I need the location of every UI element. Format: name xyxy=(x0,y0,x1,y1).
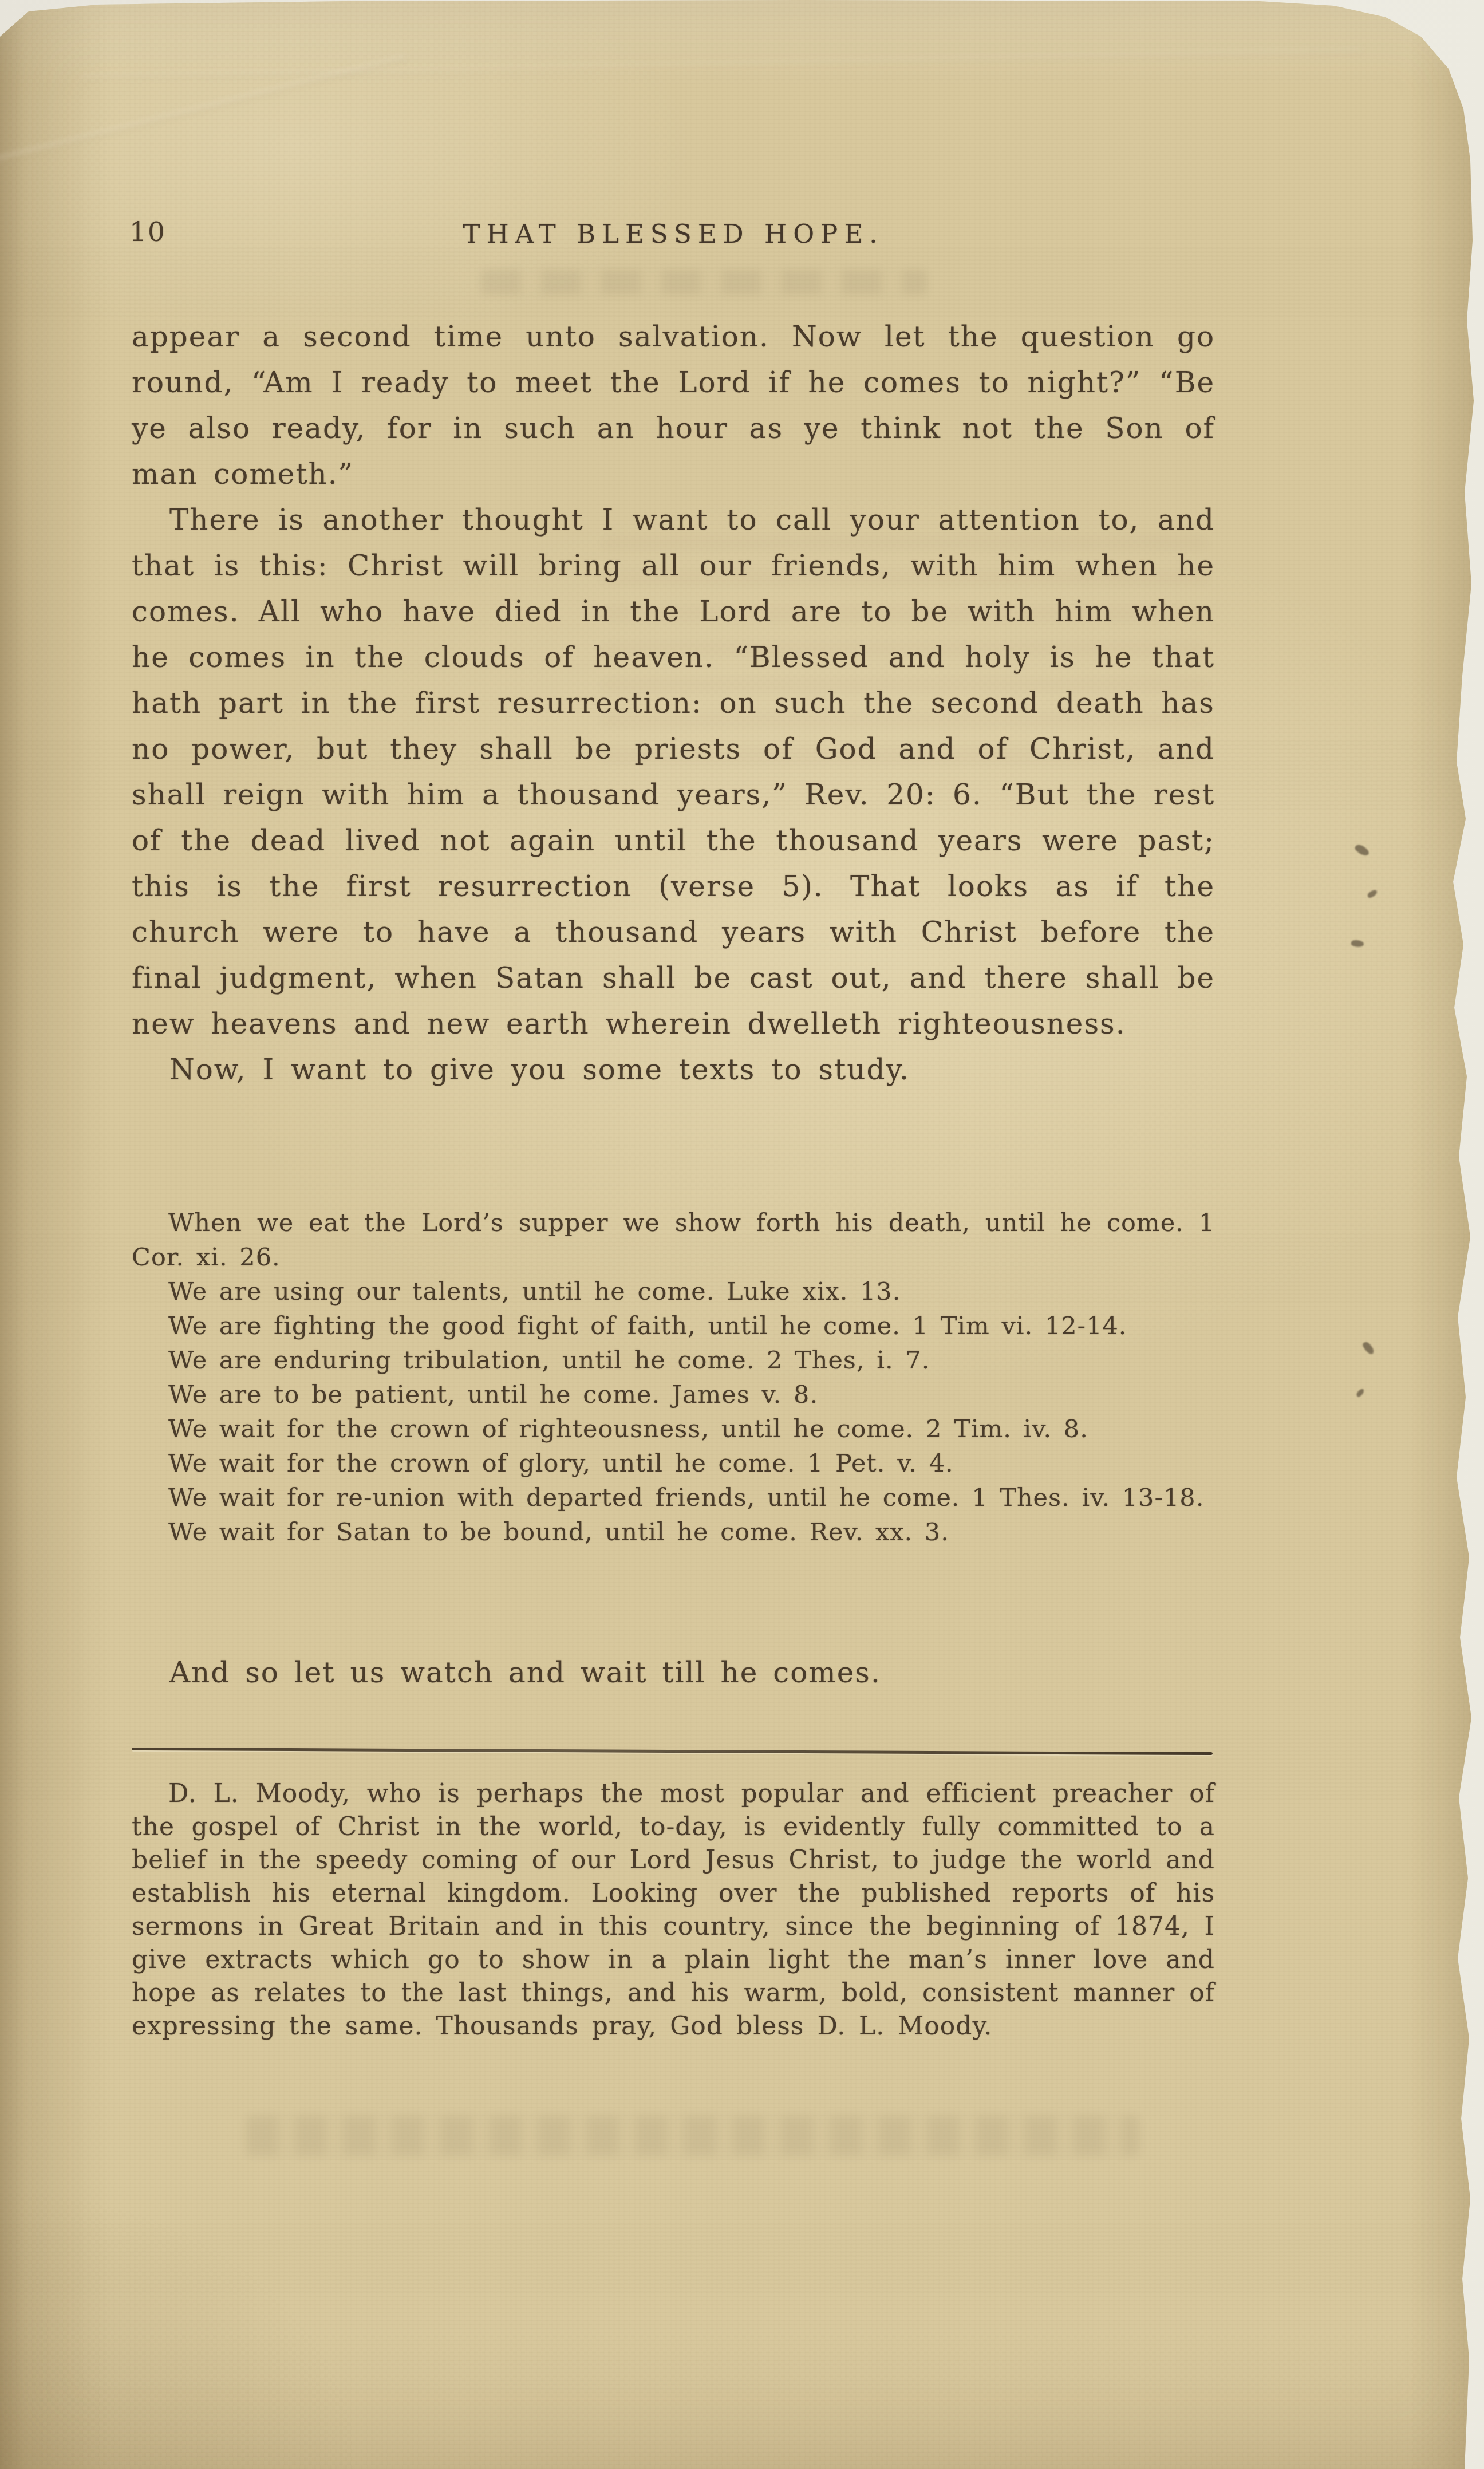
book-page: 10 THAT BLESSED HOPE. appear a second ti… xyxy=(0,0,1484,2469)
study-item: We are enduring tribulation, until he co… xyxy=(132,1343,1215,1378)
study-item: We are fighting the good fight of faith,… xyxy=(132,1309,1215,1343)
ink-speck xyxy=(1367,889,1379,899)
footnote-paragraph: D. L. Moody, who is perhaps the most pop… xyxy=(132,1777,1215,2043)
body-text: appear a second time unto salvation. Now… xyxy=(132,314,1215,1092)
ink-speck xyxy=(1351,938,1364,948)
paragraph: appear a second time unto salvation. Now… xyxy=(132,314,1215,497)
study-item: We are using our talents, until he come.… xyxy=(132,1275,1215,1309)
paragraph: There is another thought I want to call … xyxy=(132,497,1215,1047)
study-item: We are to be patient, until he come. Jam… xyxy=(132,1378,1215,1412)
ghost-text-smudge xyxy=(481,269,927,295)
ink-speck xyxy=(1361,1340,1375,1356)
study-item: We wait for the crown of righteousness, … xyxy=(132,1412,1215,1446)
ink-speck xyxy=(1355,1388,1365,1398)
closing-line: And so let us watch and wait till he com… xyxy=(132,1656,1215,1689)
scanned-page: 10 THAT BLESSED HOPE. appear a second ti… xyxy=(0,0,1484,2469)
study-item: We wait for re-union with departed frien… xyxy=(132,1481,1215,1515)
study-item: When we eat the Lord’s supper we show fo… xyxy=(132,1206,1215,1275)
running-header: THAT BLESSED HOPE. xyxy=(132,219,1215,249)
ghost-text-smudge xyxy=(246,2116,1139,2156)
study-item: We wait for the crown of glory, until he… xyxy=(132,1446,1215,1481)
study-texts-list: When we eat the Lord’s supper we show fo… xyxy=(132,1206,1215,1549)
separator-rule xyxy=(132,1748,1213,1755)
study-item: We wait for Satan to be bound, until he … xyxy=(132,1515,1215,1549)
ink-speck xyxy=(1354,842,1371,858)
texts-intro: Now, I want to give you some texts to st… xyxy=(132,1047,1215,1092)
paper-crease xyxy=(80,49,1363,80)
